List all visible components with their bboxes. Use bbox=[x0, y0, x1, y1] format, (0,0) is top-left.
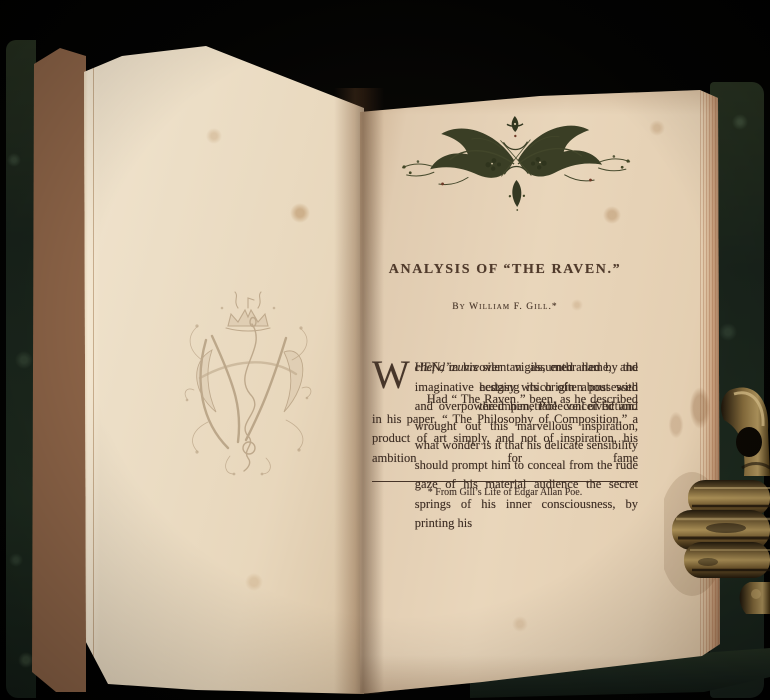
brass-clasp-icon bbox=[664, 376, 770, 616]
left-cover-edge bbox=[6, 40, 36, 698]
page-text-column: ANALYSIS OF “THE RAVEN.” By William F. G… bbox=[372, 262, 638, 498]
paragraph-first: WHEN, in his silent vigils, enthralled b… bbox=[372, 358, 638, 378]
book-photo: ANALYSIS OF “THE RAVEN.” By William F. G… bbox=[0, 0, 770, 700]
left-page-edge-line bbox=[93, 42, 94, 698]
floral-headpiece-ornament-icon bbox=[397, 109, 636, 215]
page-title: ANALYSIS OF “THE RAVEN.” bbox=[372, 262, 638, 278]
byline: By William F. Gill.* bbox=[372, 302, 638, 312]
drop-cap: W bbox=[372, 358, 415, 391]
monogram-crest-ornament-icon bbox=[172, 290, 322, 480]
paragraph-first-text-end: over an assumed name, and hedging its or… bbox=[479, 358, 638, 417]
